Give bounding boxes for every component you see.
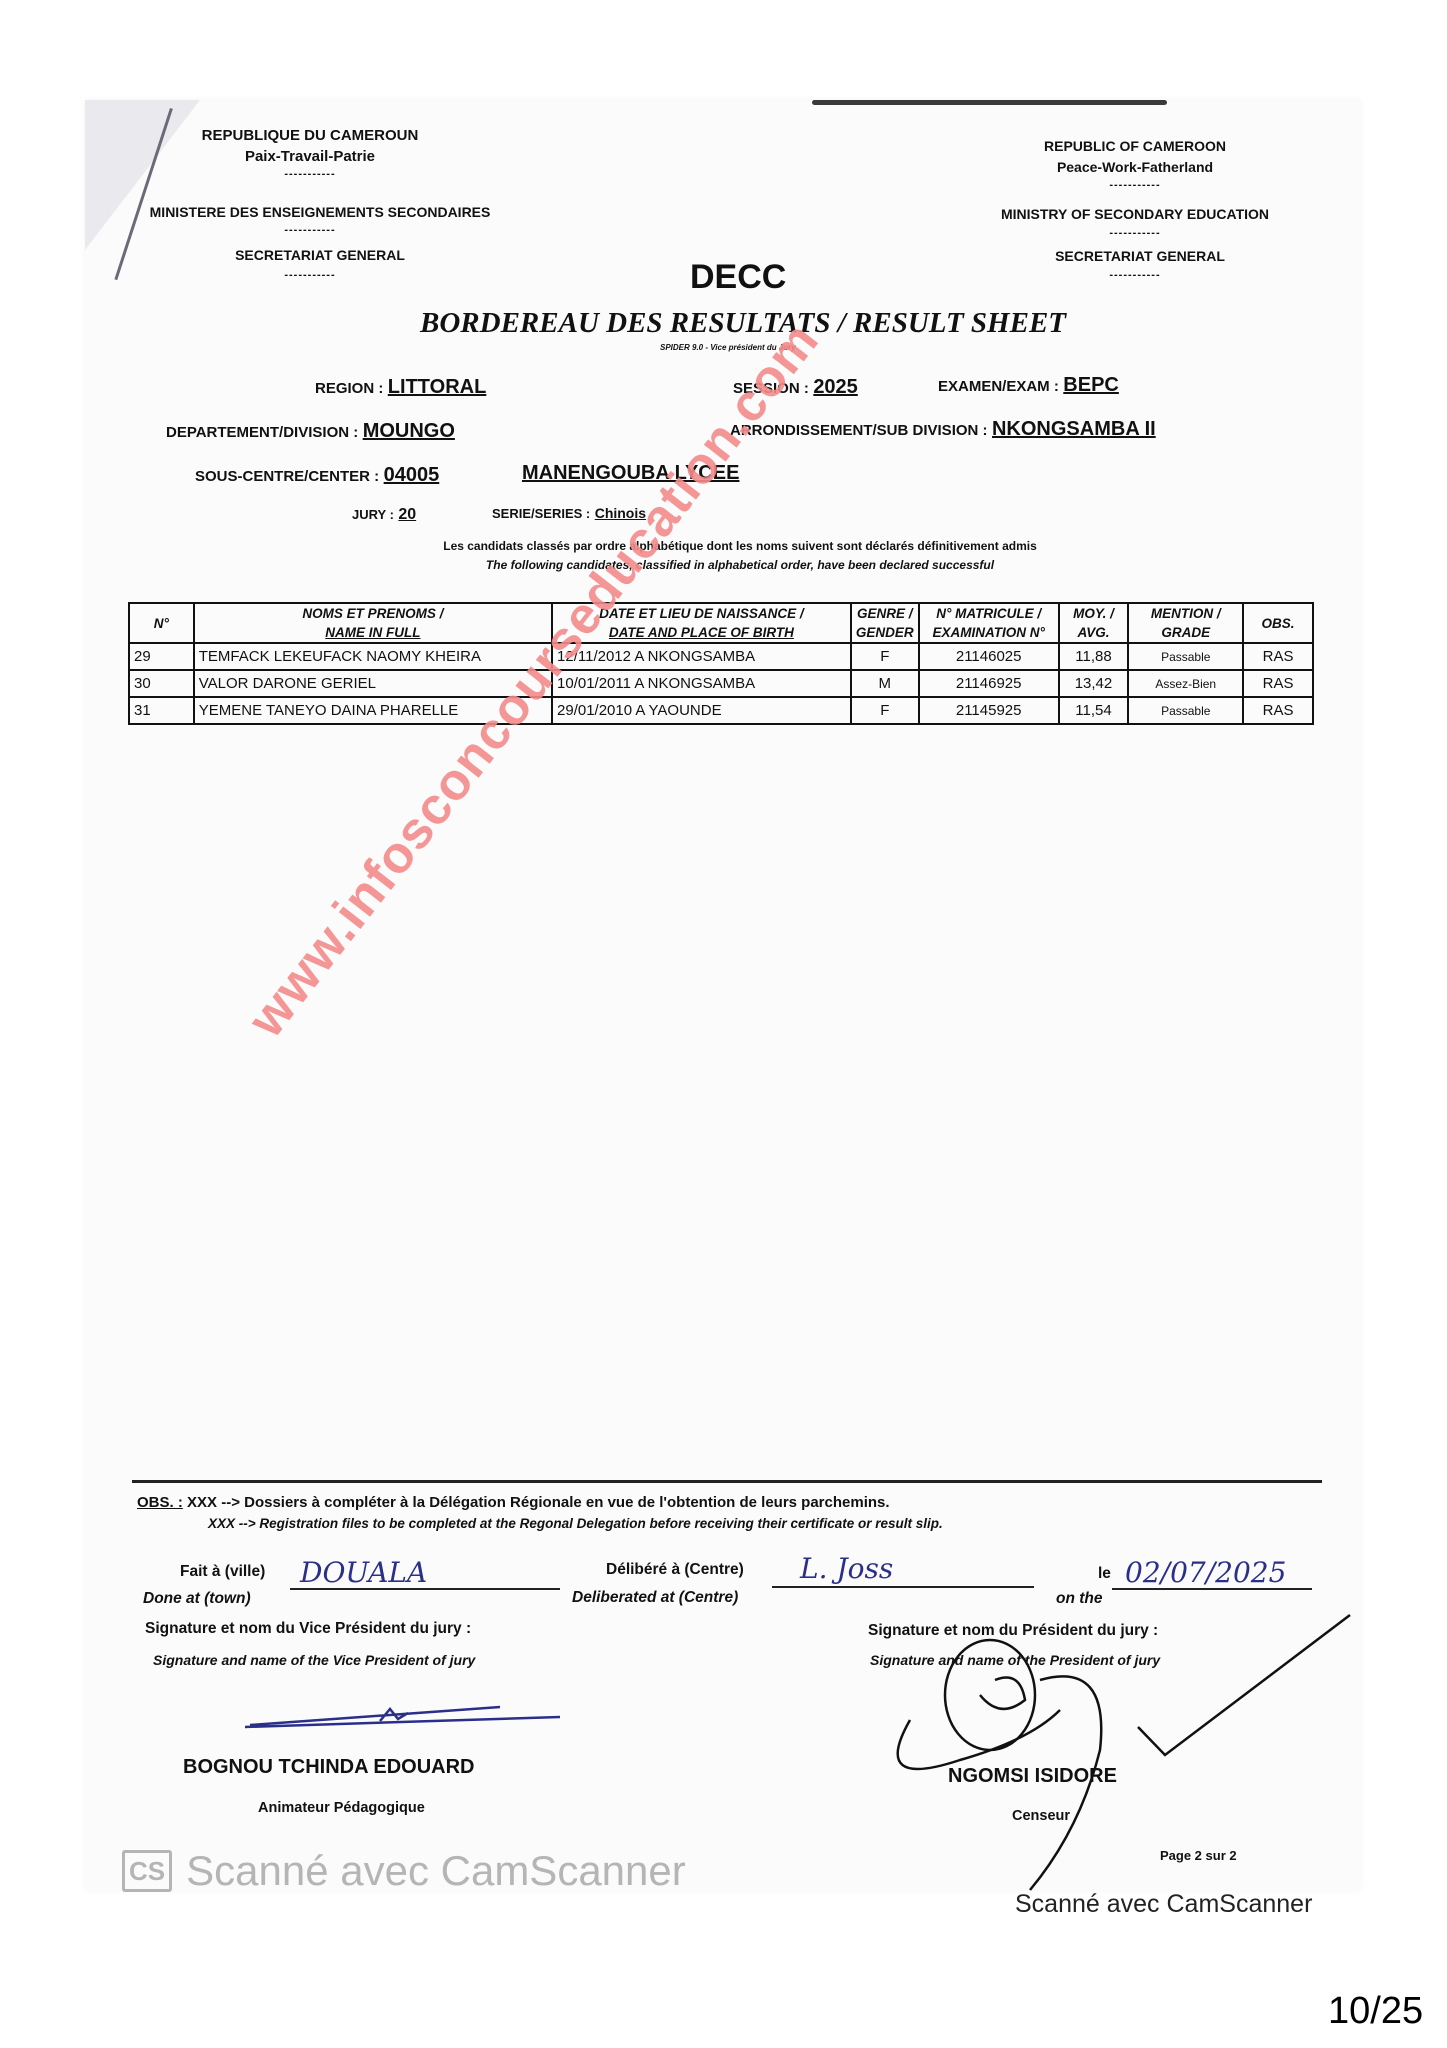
motto-en: Peace-Work-Fatherland: [985, 157, 1285, 178]
president-role: Censeur: [1012, 1808, 1070, 1824]
cell-matricule: 21146025: [919, 643, 1059, 670]
cell-matricule: 21145925: [919, 697, 1059, 724]
obs-label: OBS. :: [137, 1494, 183, 1511]
exam-field: EXAMEN/EXAM : BEPC: [938, 374, 1119, 397]
cell-grade: Assez-Bien: [1128, 670, 1243, 697]
fill-line: [1112, 1588, 1312, 1590]
cell-gender: F: [851, 697, 919, 724]
region-field: REGION : LITTORAL: [315, 376, 486, 399]
page-indicator: Page 2 sur 2: [1160, 1848, 1237, 1863]
center-field: SOUS-CENTRE/CENTER : 04005: [195, 464, 439, 487]
done-at-fr: Fait à (ville): [180, 1563, 265, 1581]
observations: OBS. : XXX --> Dossiers à compléter à la…: [137, 1492, 943, 1534]
jury-label: JURY :: [352, 507, 394, 522]
done-at-value: DOUALA: [300, 1556, 427, 1589]
table-header-row: N° NOMS ET PRENOMS /NAME IN FULL DATE ET…: [129, 603, 1313, 643]
division-value: MOUNGO: [363, 420, 455, 442]
jury-value: 20: [398, 506, 416, 523]
president-signature: [880, 1600, 1360, 1900]
cell-obs: RAS: [1243, 643, 1313, 670]
cell-number: 29: [129, 643, 194, 670]
date-value: 02/07/2025: [1125, 1556, 1286, 1589]
col-average: MOY. /AVG.: [1059, 603, 1129, 643]
country-en: REPUBLIC OF CAMEROON: [985, 136, 1285, 157]
camscanner-label: Scanné avec CamScanner: [186, 1847, 686, 1895]
cell-grade: Passable: [1128, 697, 1243, 724]
cell-birth: 29/01/2010 A YAOUNDE: [552, 697, 851, 724]
separator: -----------: [250, 223, 370, 237]
divider: [132, 1480, 1322, 1483]
cell-average: 11,54: [1059, 697, 1129, 724]
jury-field: JURY : 20: [352, 506, 416, 524]
region-value: LITTORAL: [388, 376, 487, 398]
intro-en: The following candidates, classified in …: [370, 556, 1110, 575]
col-grade: MENTION /GRADE: [1128, 603, 1243, 643]
camscanner-caption: Scanné avec CamScanner: [1015, 1890, 1312, 1919]
separator: -----------: [1075, 268, 1195, 282]
division-field: DEPARTEMENT/DIVISION : MOUNGO: [166, 420, 455, 443]
camscanner-watermark: CS Scanné avec CamScanner: [122, 1847, 686, 1895]
series-label: SERIE/SERIES :: [492, 506, 590, 521]
obs-fr: XXX --> Dossiers à compléter à la Déléga…: [187, 1494, 890, 1511]
vp-signature: [240, 1695, 570, 1735]
country-fr: REPUBLIQUE DU CAMEROUN: [150, 125, 470, 146]
vp-role: Animateur Pédagogique: [258, 1800, 425, 1816]
subdivision-value: NKONGSAMBA II: [992, 418, 1156, 440]
cell-gender: F: [851, 643, 919, 670]
cell-obs: RAS: [1243, 670, 1313, 697]
ministry-fr: MINISTERE DES ENSEIGNEMENTS SECONDAIRES: [130, 202, 510, 223]
secretariat-fr: SECRETARIAT GENERAL: [180, 245, 460, 266]
deliberated-value: L. Joss: [800, 1552, 893, 1585]
exam-value: BEPC: [1063, 374, 1119, 396]
col-matricule: N° MATRICULE /EXAMINATION N°: [919, 603, 1059, 643]
cell-average: 11,88: [1059, 643, 1129, 670]
fill-line: [290, 1588, 560, 1590]
cell-gender: M: [851, 670, 919, 697]
subdivision-field: ARRONDISSEMENT/SUB DIVISION : NKONGSAMBA…: [730, 418, 1156, 441]
intro-text: Les candidats classés par ordre alphabét…: [370, 537, 1110, 575]
document-title: BORDEREAU DES RESULTATS / RESULT SHEET: [420, 307, 1066, 340]
center-code: 04005: [384, 464, 440, 486]
secretariat-en: SECRETARIAT GENERAL: [1000, 246, 1280, 267]
center-label: SOUS-CENTRE/CENTER :: [195, 468, 379, 485]
col-gender: GENRE /GENDER: [851, 603, 919, 643]
vp-signature-label-en: Signature and name of the Vice President…: [153, 1652, 475, 1668]
cell-birth: 10/01/2011 A NKONGSAMBA: [552, 670, 851, 697]
viewer-page-counter: 10/25: [1328, 1990, 1423, 2033]
done-at-en: Done at (town): [143, 1590, 251, 1608]
col-name: NOMS ET PRENOMS /NAME IN FULL: [194, 603, 552, 643]
table-row: 29 TEMFACK LEKEUFACK NAOMY KHEIRA 12/11/…: [129, 643, 1313, 670]
vp-name: BOGNOU TCHINDA EDOUARD: [183, 1756, 474, 1779]
col-obs: OBS.: [1243, 603, 1313, 643]
header-right: REPUBLIC OF CAMEROON Peace-Work-Fatherla…: [985, 136, 1285, 192]
separator: -----------: [250, 268, 370, 282]
header-left: REPUBLIQUE DU CAMEROUN Paix-Travail-Patr…: [150, 125, 470, 181]
intro-fr: Les candidats classés par ordre alphabét…: [370, 537, 1110, 556]
ministry-en: MINISTRY OF SECONDARY EDUCATION: [980, 204, 1290, 225]
table-row: 31 YEMENE TANEYO DAINA PHARELLE 29/01/20…: [129, 697, 1313, 724]
deliberated-en: Deliberated at (Centre): [572, 1589, 738, 1607]
scan-edge-shadow: [812, 100, 1167, 105]
division-label: DEPARTEMENT/DIVISION :: [166, 424, 358, 441]
fill-line: [772, 1586, 1034, 1588]
deliberated-fr: Délibéré à (Centre): [606, 1561, 744, 1579]
exam-label: EXAMEN/EXAM :: [938, 378, 1059, 395]
president-name: NGOMSI ISIDORE: [948, 1765, 1117, 1788]
results-table: N° NOMS ET PRENOMS /NAME IN FULL DATE ET…: [128, 602, 1314, 725]
separator: -----------: [150, 167, 470, 181]
region-label: REGION :: [315, 380, 383, 397]
session-value: 2025: [813, 376, 858, 398]
date-fr: le: [1098, 1565, 1111, 1583]
cell-obs: RAS: [1243, 697, 1313, 724]
separator: -----------: [1075, 226, 1195, 240]
table-row: 30 VALOR DARONE GERIEL 10/01/2011 A NKON…: [129, 670, 1313, 697]
camscanner-logo-icon: CS: [122, 1850, 172, 1892]
obs-en: XXX --> Registration files to be complet…: [137, 1513, 943, 1534]
cell-number: 31: [129, 697, 194, 724]
cell-name: TEMFACK LEKEUFACK NAOMY KHEIRA: [194, 643, 552, 670]
cell-average: 13,42: [1059, 670, 1129, 697]
separator: -----------: [985, 178, 1285, 192]
org-title: DECC: [690, 258, 786, 297]
vp-signature-label-fr: Signature et nom du Vice Président du ju…: [145, 1620, 471, 1638]
motto-fr: Paix-Travail-Patrie: [150, 146, 470, 167]
cell-matricule: 21146925: [919, 670, 1059, 697]
cell-grade: Passable: [1128, 643, 1243, 670]
col-number: N°: [129, 603, 194, 643]
cell-number: 30: [129, 670, 194, 697]
